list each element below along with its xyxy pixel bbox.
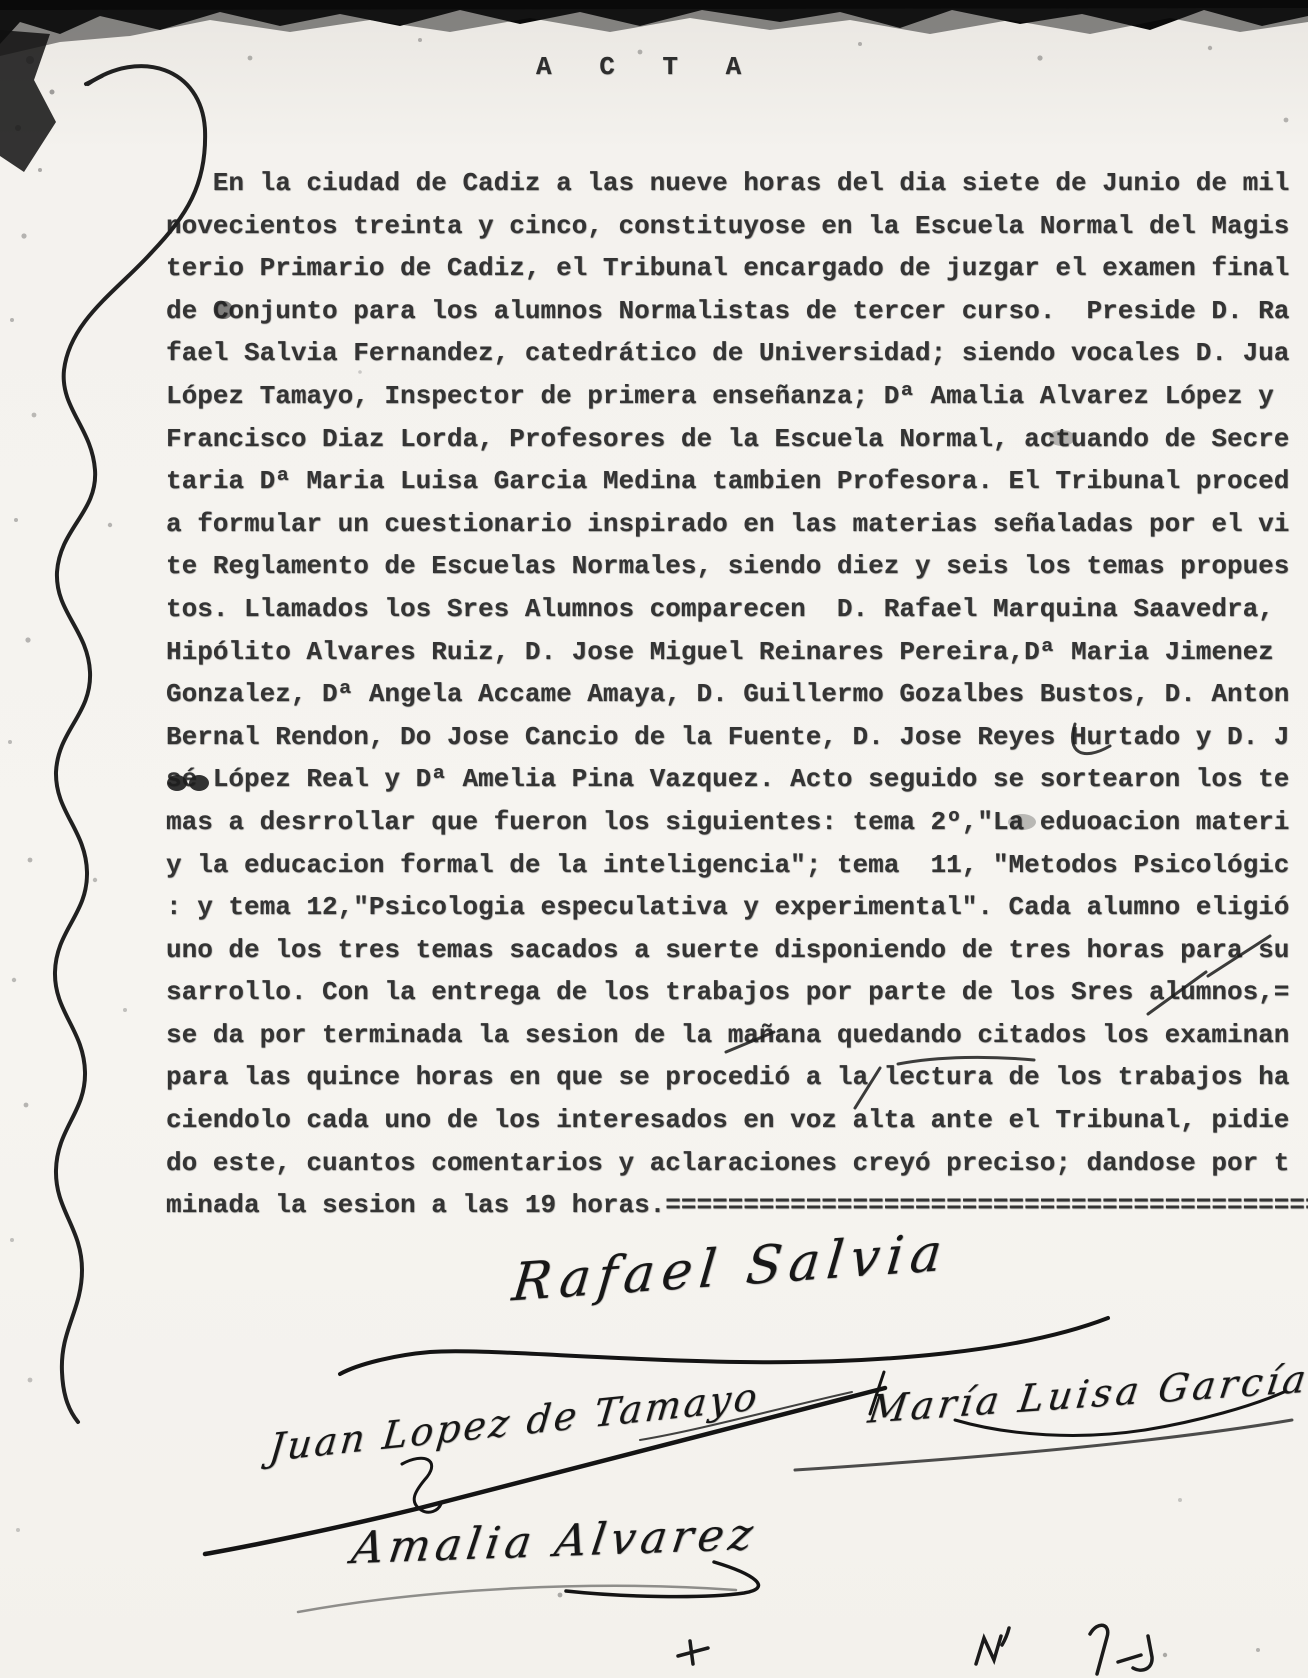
document-line: novecientos treinta y cinco, constituyos… <box>166 205 1308 248</box>
document-line: López Tamayo, Inspector de primera enseñ… <box>166 375 1308 418</box>
document-line: Bernal Rendon, Do Jose Cancio de la Fuen… <box>166 716 1308 759</box>
scanner-top-band <box>0 0 1308 172</box>
document-line: Francisco Diaz Lorda, Profesores de la E… <box>166 418 1308 461</box>
document-line: sarrollo. Con la entrega de los trabajos… <box>166 971 1308 1014</box>
document-body: En la ciudad de Cadiz a las nueve horas … <box>166 162 1308 1227</box>
document-title: A C T A <box>536 52 757 82</box>
document-line: a formular un cuestionario inspirado en … <box>166 503 1308 546</box>
document-line: terio Primario de Cadiz, el Tribunal enc… <box>166 247 1308 290</box>
document-line: Hipólito Alvares Ruiz, D. Jose Miguel Re… <box>166 631 1308 674</box>
document-line: do este, cuantos comentarios y aclaracio… <box>166 1142 1308 1185</box>
document-line: minada la sesion a las 19 horas.========… <box>166 1184 1308 1227</box>
document-line: para las quince horas en que se procedió… <box>166 1056 1308 1099</box>
document-line: uno de los tres temas sacados a suerte d… <box>166 929 1308 972</box>
document-line: mas a desrrollar que fueron los siguient… <box>166 801 1308 844</box>
signature-maria-luisa-garcia: María Luisa García <box>865 1356 1308 1431</box>
scanned-document-page: A C T A En la ciudad de Cadiz a las nuev… <box>0 0 1308 1678</box>
document-line: de Conjunto para los alumnos Normalistas… <box>166 290 1308 333</box>
document-line: En la ciudad de Cadiz a las nueve horas … <box>166 162 1308 205</box>
bottom-partial-signature-strokes <box>678 1625 1152 1674</box>
document-line: te Reglamento de Escuelas Normales, sien… <box>166 545 1308 588</box>
signature-juan-lopez-de-tamayo: Juan Lopez de Tamayo <box>267 1374 762 1470</box>
document-line: y la educacion formal de la inteligencia… <box>166 844 1308 887</box>
signature-amalia-alvarez: Amalia Alvarez <box>349 1509 761 1574</box>
document-line: tos. Llamados los Sres Alumnos comparece… <box>166 588 1308 631</box>
document-line: ciendolo cada uno de los interesados en … <box>166 1099 1308 1142</box>
document-line: se da por terminada la sesion de la maña… <box>166 1014 1308 1057</box>
document-line: fael Salvia Fernandez, catedrático de Un… <box>166 332 1308 375</box>
document-line: : y tema 12,"Psicologia especulativa y e… <box>166 886 1308 929</box>
document-line: sé López Real y Dª Amelia Pina Vazquez. … <box>166 758 1308 801</box>
document-line: taria Dª Maria Luisa Garcia Medina tambi… <box>166 460 1308 503</box>
signature-rafael-salvia: Rafael Salvia <box>509 1222 951 1313</box>
document-line: Gonzalez, Dª Angela Accame Amaya, D. Gui… <box>166 673 1308 716</box>
